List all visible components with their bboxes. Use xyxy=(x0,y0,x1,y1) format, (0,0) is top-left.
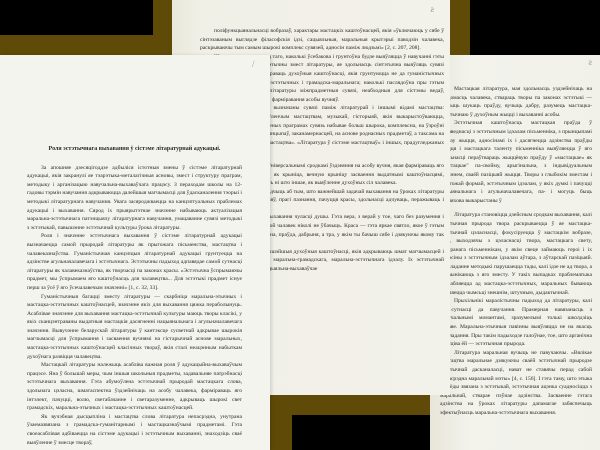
paragraph: Літаратура маральная вучыць не павучаючы… xyxy=(440,349,592,418)
page-corner-mark: ƨ xyxy=(430,4,434,14)
paragraph: Мастацкай літаратуры належыць асабліва в… xyxy=(27,361,242,413)
page-corner-mark: ƨ xyxy=(588,57,592,67)
background-black-block-right xyxy=(470,0,600,55)
article-title: Роля эстэтычнага выхавання ў сістэме літ… xyxy=(27,145,242,154)
pen-stroke-mark: / xyxy=(252,59,255,69)
paragraph: Мастацкая літаратура, мая здольнасць узд… xyxy=(440,85,592,119)
paragraph: Эстэтычная каштоўнасць мастацкая праўда … xyxy=(440,119,592,205)
document-page-right: ƨ Мастацкая літаратура, мая здольнасць у… xyxy=(430,55,600,450)
document-page-front: / Роля эстэтычнага выхавання ў сістэме л… xyxy=(0,55,270,450)
paragraph: За апошняе дзесяцігоддзе адбыліся істотн… xyxy=(27,164,242,233)
paragraph: Прыхільнікі маралістычны падыход да літа… xyxy=(440,297,592,349)
background-black-block-left xyxy=(0,0,153,35)
paragraph: Гуманістычныя багацці зместу літаратуры … xyxy=(27,293,242,362)
paragraph: Роля і значэнне эстэтычнага выхавання ў … xyxy=(27,232,242,292)
paragraph: Літаратура становіцца дзейсным сродкам в… xyxy=(440,211,592,297)
paragraph: Як вучэбная дысцыпліна і мастацтва слова… xyxy=(27,413,242,447)
paragraph: поліфункцыянальнасці вобразаў, характары… xyxy=(200,27,444,53)
background-black-block-bottom xyxy=(292,415,430,450)
background-frame-right xyxy=(450,0,470,55)
